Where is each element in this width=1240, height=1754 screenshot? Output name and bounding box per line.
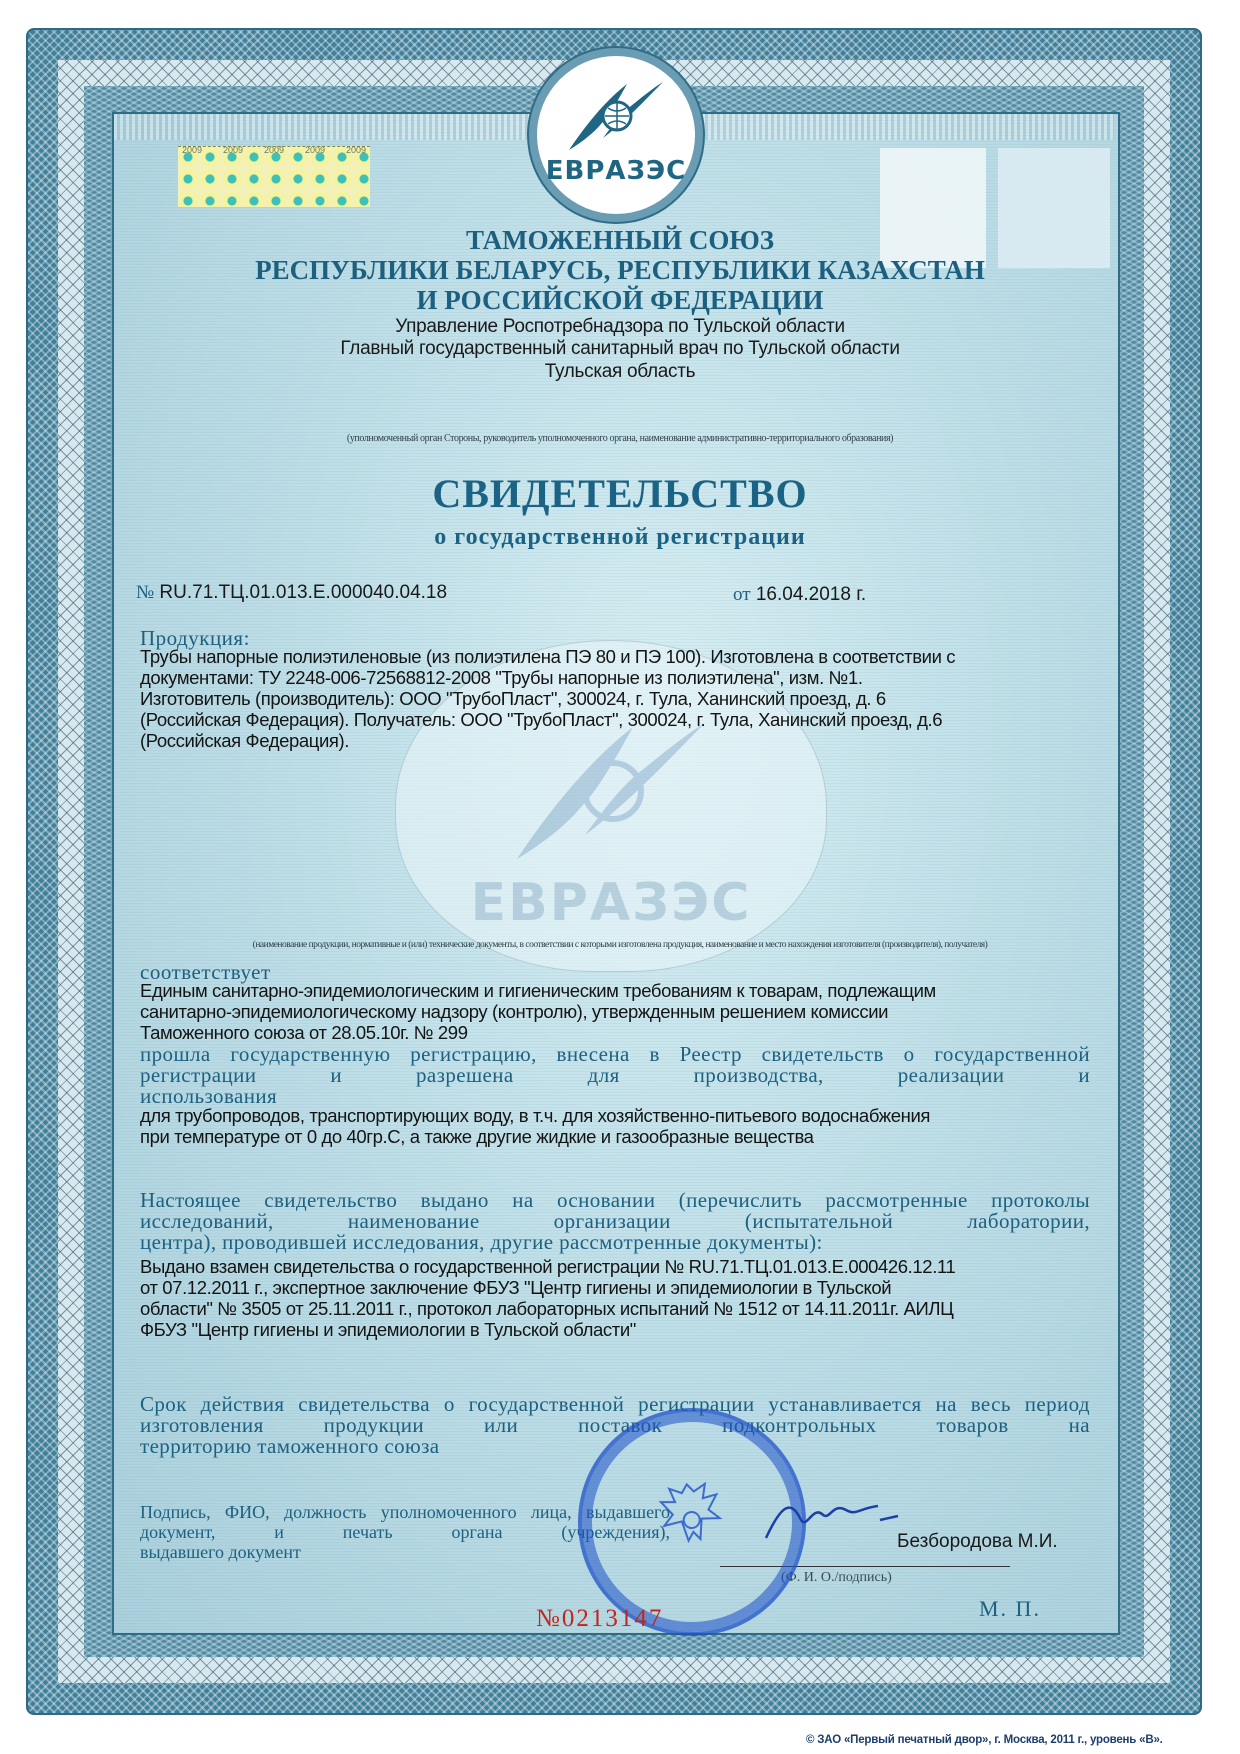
evrazes-logo-icon: [565, 76, 667, 156]
fio-caption: (Ф. И. О./подпись): [781, 1570, 892, 1586]
authority-line-3: Тульская область: [0, 361, 1240, 382]
emblem-text: ЕВРАЗЭС: [537, 156, 695, 186]
product-caption: (наименование продукции, нормативные и (…: [140, 940, 1100, 950]
union-title-line-3: И РОССИЙСКОЙ ФЕДЕРАЦИИ: [0, 286, 1240, 314]
validity-statement: Срок действия свидетельства о государств…: [140, 1394, 1090, 1436]
authority-line-2: Главный государственный санитарный врач …: [0, 338, 1240, 359]
document-subtitle: о государственной регистрации: [0, 524, 1240, 551]
watermark-text: ЕВРАЗЭС: [396, 873, 826, 933]
registered-statement: прошла государственную регистрацию, внес…: [140, 1044, 1090, 1086]
authority-line-1: Управление Роспотребнадзора по Тульской …: [0, 316, 1240, 337]
usage-text: для трубопроводов, транспортирующих воду…: [140, 1105, 1100, 1147]
signature-label-last: выдавшего документ: [140, 1542, 301, 1562]
basis-statement-last: центра), проводившей исследования, други…: [140, 1232, 823, 1253]
registration-date: от 16.04.2018 г.: [733, 584, 866, 606]
seal-place-label: М. П.: [979, 1596, 1041, 1622]
basis-statement: Настоящее свидетельство выдано на основа…: [140, 1190, 1090, 1232]
product-description: Трубы напорные полиэтиленовые (из полиэт…: [140, 646, 1100, 751]
form-serial-number: №0213147: [536, 1605, 663, 1633]
document-title: СВИДЕТЕЛЬСТВО: [0, 470, 1240, 517]
registration-number: № RU.71.ТЦ.01.013.Е.000040.04.18: [136, 582, 447, 604]
conformity-text: Единым санитарно-эпидемиологическим и ги…: [140, 980, 1100, 1043]
printer-credit: © ЗАО «Первый печатный двор», г. Москва,…: [806, 1734, 1163, 1746]
evrazes-emblem: ЕВРАЗЭС: [537, 56, 695, 214]
validity-statement-last: территорию таможенного союза: [140, 1436, 440, 1457]
eagle-emblem-icon: [646, 1469, 738, 1569]
security-hologram: 2009 2009 2009 2009 2009: [178, 146, 370, 207]
hologram-years: 2009 2009 2009 2009 2009: [182, 145, 366, 155]
handwritten-signature-icon: [760, 1488, 900, 1548]
authority-caption: (уполномоченный орган Стороны, руководит…: [140, 433, 1100, 444]
union-title-line-1: ТАМОЖЕННЫЙ СОЮЗ: [0, 226, 1240, 254]
basis-text: Выдано взамен свидетельства о государств…: [140, 1256, 1120, 1340]
registered-statement-last: использования: [140, 1086, 277, 1107]
union-title-line-2: РЕСПУБЛИКИ БЕЛАРУСЬ, РЕСПУБЛИКИ КАЗАХСТА…: [0, 256, 1240, 284]
signer-name: Безбородова М.И.: [897, 1531, 1058, 1553]
